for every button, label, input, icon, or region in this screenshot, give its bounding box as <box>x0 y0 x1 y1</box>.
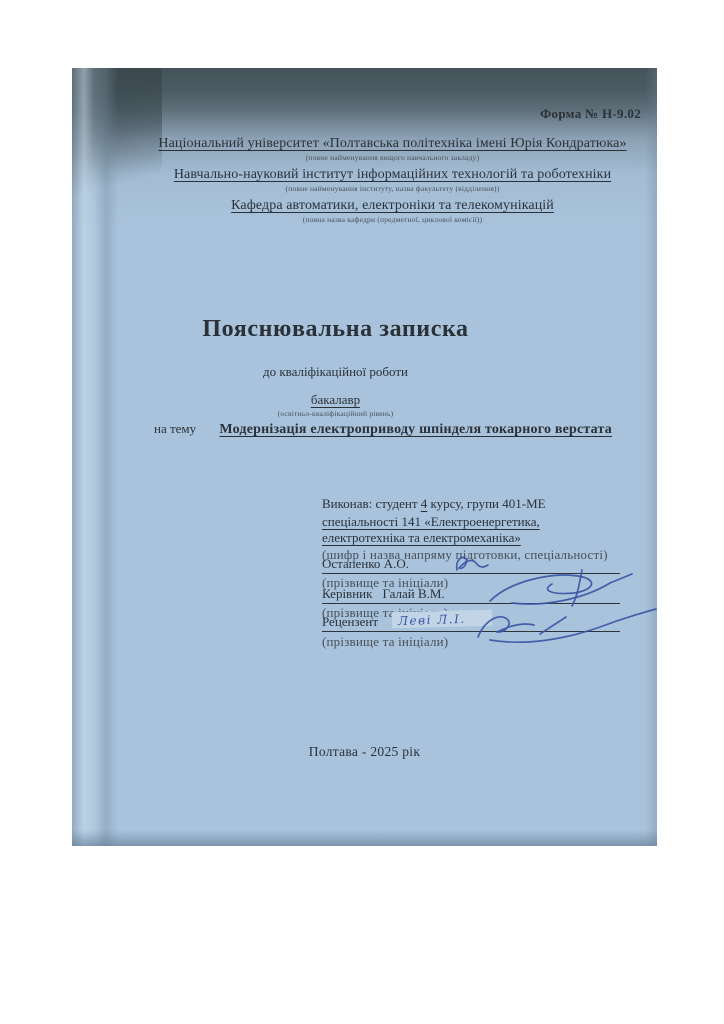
reviewer-label: Рецензент <box>322 614 378 629</box>
scanned-page: Форма № Н-9.02 Національний університет … <box>0 0 724 1024</box>
executor-suffix: курсу, групи 401-МЕ <box>427 496 545 511</box>
topic-row: на тему Модернізація електроприводу шпін… <box>154 421 612 438</box>
page-content: Форма № Н-9.02 Національний університет … <box>72 68 657 846</box>
author-name: Остапенко А.О. <box>322 556 409 571</box>
degree-level: бакалавр <box>72 392 599 408</box>
university-caption: (повне найменування вищого навчального з… <box>130 153 655 162</box>
university-name: Національний університет «Полтавська пол… <box>130 136 655 152</box>
document-title: Пояснювальна записка <box>72 316 599 343</box>
executor-prefix: Виконав: студент <box>322 496 421 511</box>
supervisor-name: Галай В.М. <box>382 586 444 601</box>
department-name: Кафедра автоматики, електроніки та телек… <box>130 198 655 214</box>
reviewer-name-handwritten: Леві Л.І. <box>398 612 466 628</box>
degree-level-text: бакалавр <box>303 392 368 407</box>
executor-line: Виконав: студент 4 курсу, групи 401-МЕ <box>322 496 620 512</box>
topic-label: на тему <box>154 421 196 436</box>
institute-name: Навчально-науковий інститут інформаційни… <box>130 167 655 183</box>
form-number: Форма № Н-9.02 <box>540 106 641 122</box>
institute-caption: (повне найменування інституту, назва фак… <box>130 184 655 193</box>
reviewer-signature <box>468 606 657 648</box>
specialty-line-2: електротехніка та електромеханіка» <box>322 530 620 546</box>
department-caption: (повна назва кафедри (предметної, циклов… <box>130 215 655 224</box>
topic-title: Модернізація електроприводу шпінделя ток… <box>219 422 612 437</box>
document-subtitle: до кваліфікаційної роботи <box>72 364 599 380</box>
supervisor-label: Керівник <box>322 586 372 601</box>
document-photo: Форма № Н-9.02 Національний університет … <box>72 68 657 846</box>
degree-caption: (освітньо-кваліфікаційний рівень) <box>72 409 599 418</box>
city-year: Полтава - 2025 рік <box>72 744 657 760</box>
specialty-line-1: спеціальності 141 «Електроенергетика, <box>322 514 620 530</box>
supervisor-signature <box>482 568 634 610</box>
